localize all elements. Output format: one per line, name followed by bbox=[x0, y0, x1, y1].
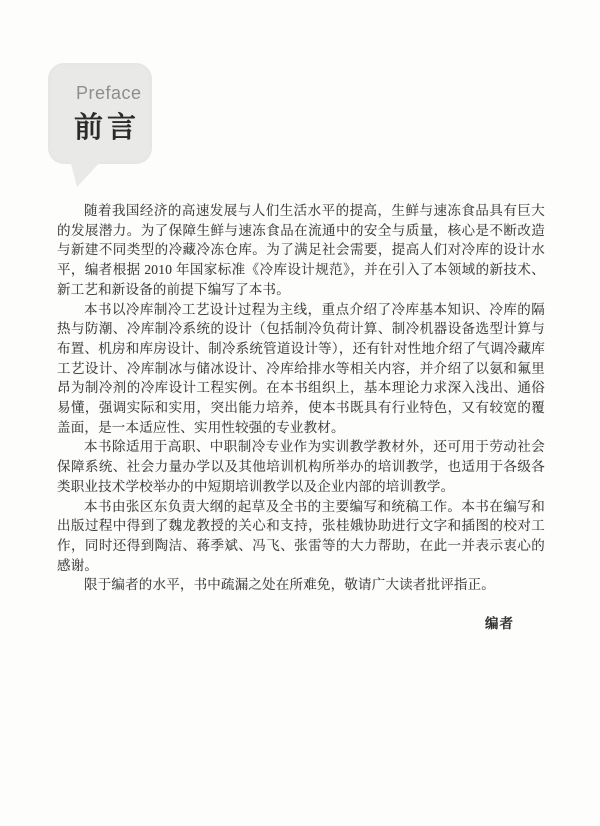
preface-paragraph-4: 本书由张区东负责大纲的起草及全书的主要编写和统稿工作。本书在编写和出版过程中得到… bbox=[57, 497, 545, 576]
preface-label-en: Preface bbox=[76, 83, 142, 104]
preface-bubble-inner: Preface 前言 bbox=[48, 63, 152, 164]
preface-paragraph-1: 随着我国经济的高速发展与人们生活水平的提高，生鲜与速冻食品具有巨大的发展潜力。为… bbox=[57, 201, 545, 300]
preface-title-zh: 前言 bbox=[74, 105, 140, 146]
preface-paragraph-5: 限于编者的水平，书中疏漏之处在所难免，敬请广大读者批评指正。 bbox=[57, 575, 545, 595]
speech-bubble-tail bbox=[70, 160, 102, 187]
author-signature: 编者 bbox=[57, 614, 545, 634]
preface-body: 随着我国经济的高速发展与人们生活水平的提高，生鲜与速冻食品具有巨大的发展潜力。为… bbox=[57, 201, 545, 634]
scanned-page: Preface 前言 随着我国经济的高速发展与人们生活水平的提高，生鲜与速冻食品… bbox=[0, 0, 600, 826]
preface-bubble: Preface 前言 bbox=[48, 63, 152, 164]
preface-paragraph-2: 本书以冷库制冷工艺设计过程为主线，重点介绍了冷库基本知识、冷库的隔热与防潮、冷库… bbox=[57, 300, 545, 438]
preface-paragraph-3: 本书除适用于高职、中职制冷专业作为实训教学教材外，还可用于劳动社会保障系统、社会… bbox=[57, 437, 545, 496]
